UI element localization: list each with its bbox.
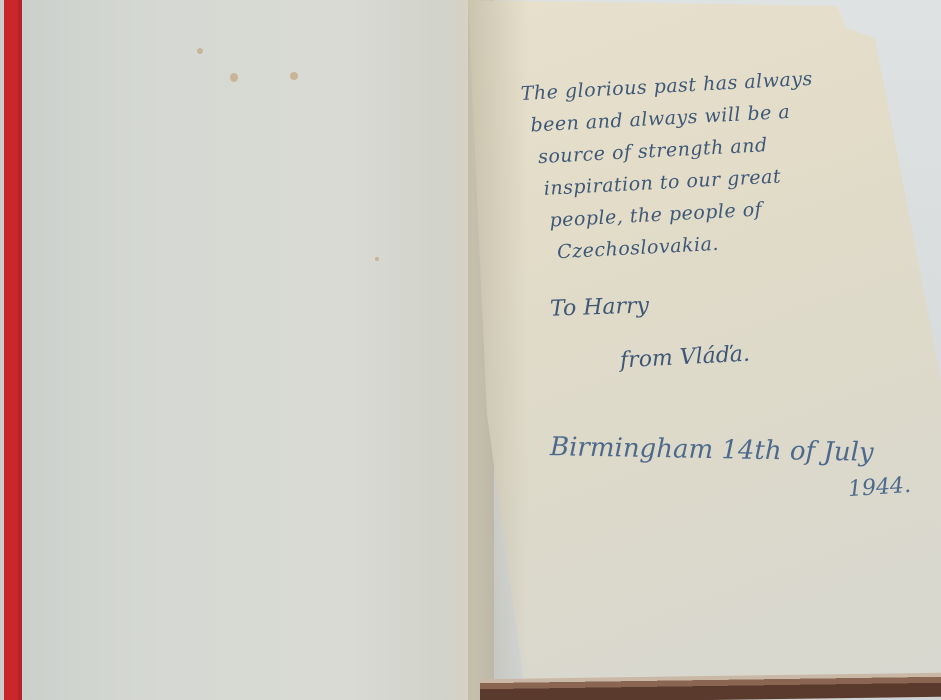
foxing-spot: [290, 72, 298, 80]
handwritten-inscription: The glorious past has always been and al…: [520, 61, 860, 270]
book-cover-red-edge: [0, 0, 22, 700]
foxing-spot: [230, 73, 238, 82]
place-and-date: Birmingham 14th of July: [550, 432, 874, 468]
foxing-spot: [197, 48, 203, 54]
dedication-recipient: To Harry: [550, 293, 650, 321]
photo-scene: The glorious past has always been and al…: [0, 0, 941, 700]
year: 1944.: [847, 473, 912, 502]
left-page: [22, 0, 492, 700]
right-page-gutter-shadow: [468, 0, 528, 700]
foxing-spot: [375, 257, 379, 261]
